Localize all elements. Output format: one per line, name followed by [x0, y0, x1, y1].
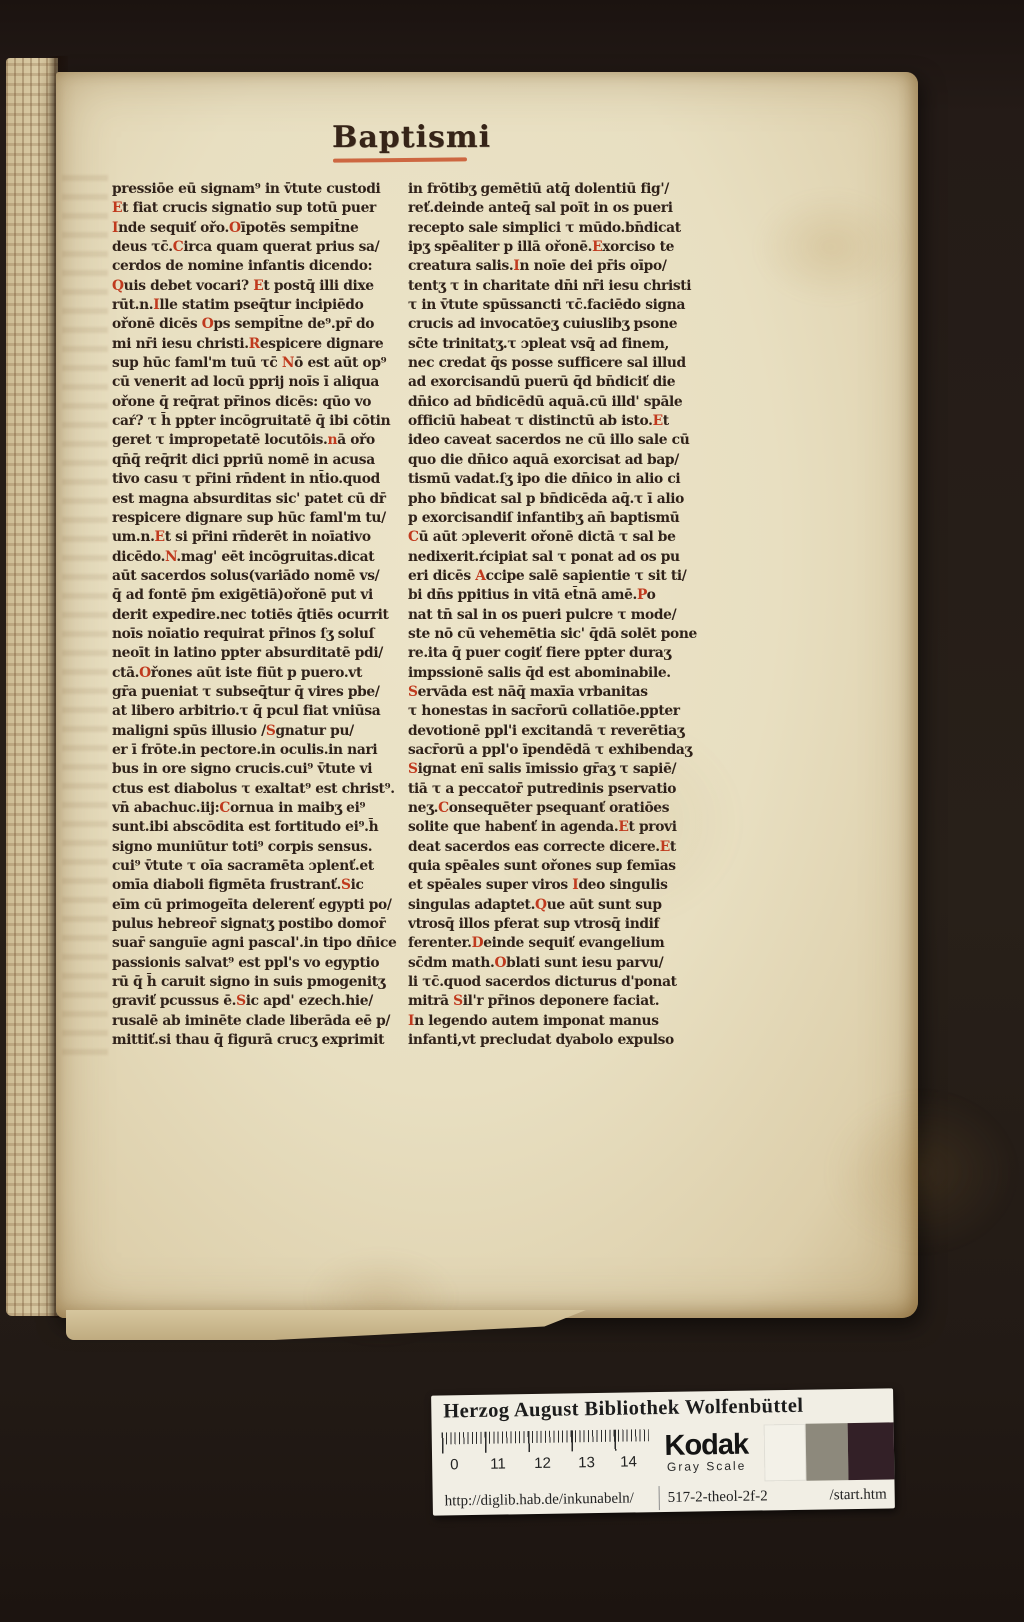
- text-run: .mag' eēt incōgruitas.dicat: [176, 549, 374, 565]
- text-run: nat tn̄ sal in os pueri pulcre τ mode/: [408, 607, 676, 623]
- page-header-title: Baptismi: [332, 120, 491, 155]
- text-line: et spēales super viros Ideo singulis: [408, 876, 704, 895]
- text-run: bi dn̄s ppitius in vitā et̄nā amē.: [408, 587, 637, 603]
- text-run: ořone q̄ req̄rat pr̄inos dicēs: qūo vo: [112, 394, 371, 410]
- text-line: ad exorcisandū puerū q̄d bn̄diciť die: [408, 373, 704, 392]
- text-run: at libero arbitrio.τ q̄ pcul fiat vniūsa: [112, 703, 380, 719]
- text-line: passionis salvat⁹ est ppl's vo egyptio: [112, 954, 408, 973]
- text-line: tiā τ a peccator̄ putredinis pservatio: [408, 780, 704, 799]
- text-run: tivo casu τ pr̄ini rn̄dent in nt̄io.quod: [112, 471, 380, 487]
- kodak-label: Herzog August Bibliothek Wolfenbüttel 01…: [431, 1388, 895, 1515]
- text-line: τ in v̄tute spūssancti τc̄.faciēdo signa: [408, 296, 704, 315]
- text-run: ferenter.: [408, 935, 472, 951]
- text-line: ipʒ spēaliter p illā ořonē.Exorciso te: [408, 238, 704, 257]
- rubricated-initial: O: [139, 665, 151, 681]
- text-line: qn̄q̄ req̄rit dici ppriū nomē in acusa: [112, 451, 408, 470]
- text-line: maligni spūs illusio /Sgnatur pu/: [112, 722, 408, 741]
- text-run: tismū vadat.ſʒ ipo die dn̄ico in alio ci: [408, 471, 680, 487]
- text-run: reť.deinde anteq̄ sal poīt in os pueri: [408, 200, 673, 216]
- text-line: eīm cū primogeīta delerenť egypti po/: [112, 896, 408, 915]
- rubricated-initial: E: [618, 819, 628, 835]
- text-line: at libero arbitrio.τ q̄ pcul fiat vniūsa: [112, 702, 408, 721]
- text-line: mittiť.si thau q̄ figurā crucʒ exprimit: [112, 1031, 408, 1050]
- text-run: bus in ore signo crucis.cui⁹ v̄tute vi: [112, 761, 372, 777]
- text-line: nat tn̄ sal in os pueri pulcre τ mode/: [408, 606, 704, 625]
- text-line: pho bn̄dicat sal p bn̄dicēda aq̄.τ ī ali…: [408, 490, 704, 509]
- text-run: onsequēter psequanť oratiōes: [449, 800, 669, 816]
- text-run: īpotēs sempit̄ne: [241, 220, 359, 236]
- text-line: ste nō cū vehemētia sic' q̄dā solēt pone: [408, 625, 704, 644]
- text-run: quia spēales sunt ořones sup femīas: [408, 858, 676, 874]
- text-line: sc̄te trinitatʒ.τ ɔpleat vsq̄ ad finem,: [408, 335, 704, 354]
- text-run: li τc̄.quod sacerdos dicturus d'ponat: [408, 974, 677, 990]
- text-column-right: in frōtibʒ gemētiū atq̄ dolentiū fig'/re…: [408, 180, 704, 1050]
- text-run: sacr̄orū a ppl'o īpendēdā τ exhibendaʒ: [408, 742, 692, 758]
- text-run: einde sequiť evangelium: [483, 935, 664, 951]
- text-run: ideo caveat sacerdos ne cū illo sale cū: [408, 432, 689, 448]
- text-line: In legendo autem imponat manus: [408, 1012, 704, 1031]
- text-line: respicere dignare sup hūc faml'm tu/: [112, 509, 408, 528]
- text-run: um.n.: [112, 529, 155, 545]
- text-line: cui⁹ v̄tute τ oīa sacramēta ɔplenť.et: [112, 857, 408, 876]
- ruler-number: 13: [578, 1454, 595, 1471]
- label-middle-row: 011121314 Kodak Gray Scale: [432, 1425, 895, 1486]
- text-run: t si pr̄ini rn̄derēt in noīativo: [165, 529, 371, 545]
- text-line: re.ita q̄ puer cogiť fiere ppter duraʒ: [408, 644, 704, 663]
- text-run: ue aūt sunt sup: [547, 897, 662, 913]
- text-line: cū venerit ad locū pprij noīs ī aliqua: [112, 373, 408, 392]
- text-run: aūt sacerdos solus(variādo nomē vs/: [112, 568, 379, 584]
- scan-photo: Baptismi pressiōe eū signam⁹ in v̄tute c…: [0, 0, 1024, 1622]
- text-line: suar̄ sanguīe agni pascal'.in tipo dn̄ic…: [112, 934, 408, 953]
- text-run: n noīe dei pr̄is oīpo/: [519, 258, 666, 274]
- text-run: sunt.ibi abscōdita est fortitudo ei⁹.h̄: [112, 819, 378, 835]
- text-run: eri dicēs: [408, 568, 475, 584]
- text-run: ořonē dicēs: [112, 316, 202, 332]
- text-line: tismū vadat.ſʒ ipo die dn̄ico in alio ci: [408, 470, 704, 489]
- text-run: xorciso te: [602, 239, 674, 255]
- text-run: re.ita q̄ puer cogiť fiere ppter duraʒ: [408, 645, 671, 661]
- rubricated-initial: E: [253, 278, 263, 294]
- text-run: qn̄q̄ req̄rit dici ppriū nomē in acusa: [112, 452, 375, 468]
- text-run: noīs noīatio requirat pr̄inos ſʒ soluſ: [112, 626, 374, 642]
- text-run: ornua in maibʒ ei⁹: [230, 800, 365, 816]
- text-run: ō est aūt op⁹: [294, 355, 386, 371]
- text-line: ferenter.Deinde sequiť evangelium: [408, 934, 704, 953]
- text-run: ū aūt ɔpleverit ořonē dictā τ sal be: [419, 529, 676, 545]
- text-run: n legendo autem imponat manus: [414, 1013, 659, 1029]
- text-run: q̄ ad fontē p̄m exigētiā)ořonē put vi: [112, 587, 373, 603]
- text-run: ic apd' ezech.hie/: [246, 993, 373, 1009]
- text-run: nedixerit.ŕcipiat sal τ ponat ad os pu: [408, 549, 680, 565]
- text-line: neʒ.Consequēter psequanť oratiōes: [408, 799, 704, 818]
- paper-stain: [826, 1092, 1016, 1252]
- rubricated-initial: O: [229, 220, 241, 236]
- text-line: officiū habeat τ distinctū ab isto.Et: [408, 412, 704, 431]
- text-line: solite que habenť in agenda.Et provi: [408, 818, 704, 837]
- text-line: Servāda est nāq̄ maxīa vrbanitas: [408, 683, 704, 702]
- text-run: t provi: [629, 819, 677, 835]
- text-run: deo singulis: [578, 877, 667, 893]
- paper-stain: [756, 192, 906, 302]
- text-run: officiū habeat τ distinctū ab isto.: [408, 413, 653, 429]
- rubricated-initial: E: [592, 239, 602, 255]
- text-run: nde sequiť ořo.: [118, 220, 229, 236]
- text-run: lle statim pseq̄tur incipiēdo: [159, 297, 363, 313]
- text-line: dn̄ico ad bn̄dicēdū aquā.cū illd' spāle: [408, 393, 704, 412]
- text-run: recepto sale simplici τ mūdo.bn̄dicat: [408, 220, 681, 236]
- ruler-number: 0: [450, 1456, 459, 1473]
- ruler-number: 14: [620, 1453, 637, 1470]
- rubricated-initial: E: [112, 200, 122, 216]
- text-run: eīm cū primogeīta delerenť egypti po/: [112, 897, 392, 913]
- text-line: rusalē ab iminēte clade liberāda eē p/: [112, 1012, 408, 1031]
- ink-bleedthrough: [62, 175, 108, 1055]
- text-line: devotionē ppl'i excitandā τ reverētiaʒ: [408, 722, 704, 741]
- text-run: ste nō cū vehemētia sic' q̄dā solēt pone: [408, 626, 697, 642]
- rubricated-initial: O: [494, 955, 506, 971]
- text-run: crucis ad invocatōeʒ cuiuslibʒ psone: [408, 316, 677, 332]
- text-run: cui⁹ v̄tute τ oīa sacramēta ɔplenť.et: [112, 858, 374, 874]
- gray-scale-patches: [764, 1422, 895, 1481]
- text-line: quia spēales sunt ořones sup femīas: [408, 857, 704, 876]
- text-line: ctā.Ořones aūt iste fiūt p puero.vt: [112, 664, 408, 683]
- kodak-wordmark: Kodak: [649, 1429, 765, 1461]
- text-run: caŕ? τ h̄ ppter incōgruitatē q̄ ibi cōti…: [112, 413, 390, 429]
- text-run: respicere dignare sup hūc faml'm tu/: [112, 510, 386, 526]
- text-line: recepto sale simplici τ mūdo.bn̄dicat: [408, 219, 704, 238]
- text-run: ps sempit̄ne de⁹.pr̄ do: [213, 316, 374, 332]
- text-run: ctus est diabolus τ exaltat⁹ est christ⁹…: [112, 781, 395, 797]
- text-run: in frōtibʒ gemētiū atq̄ dolentiū fig'/: [408, 181, 669, 197]
- text-run: mi nr̄i iesu christi.: [112, 336, 249, 352]
- text-line: pulus hebreor̄ signatʒ postibo domor̄: [112, 915, 408, 934]
- text-run: rū q̄ h̄ caruit signo in suis pmogenitʒ: [112, 974, 385, 990]
- text-run: t: [670, 839, 676, 855]
- text-line: rūt.n.Ille statim pseq̄tur incipiēdo: [112, 296, 408, 315]
- text-line: tivo casu τ pr̄ini rn̄dent in nt̄io.quod: [112, 470, 408, 489]
- text-run: ipʒ spēaliter p illā ořonē.: [408, 239, 592, 255]
- text-run: dn̄ico ad bn̄dicēdū aquā.cū illd' spāle: [408, 394, 682, 410]
- text-run: vtrosq̄ illos pferat sup vtrosq̄ indif: [408, 916, 659, 932]
- text-line: ořonē dicēs Ops sempit̄ne de⁹.pr̄ do: [112, 315, 408, 334]
- text-run: quo die dn̄ico aquā exorcisat ad bap/: [408, 452, 679, 468]
- digitization-url: http://diglib.hab.de/inkunabeln/: [433, 1490, 659, 1511]
- text-line: est magna absurditas sic' patet cū dr̄: [112, 490, 408, 509]
- text-run: impssionē salis q̄d est abominabile.: [408, 665, 671, 681]
- text-line: vtrosq̄ illos pferat sup vtrosq̄ indif: [408, 915, 704, 934]
- text-line: gr̄a pueniat τ subseq̄tur q̄ vires pbe/: [112, 683, 408, 702]
- rubricated-initial: Q: [112, 278, 124, 294]
- text-run: p exorcisandiſ infantibʒ an̄ baptismū: [408, 510, 679, 526]
- text-run: pulus hebreor̄ signatʒ postibo domor̄: [112, 916, 386, 932]
- text-line: crucis ad invocatōeʒ cuiuslibʒ psone: [408, 315, 704, 334]
- text-line: mitrā Sil'r pr̄inos deponere faciat.: [408, 992, 704, 1011]
- text-run: maligni spūs illusio /: [112, 723, 266, 739]
- text-run: mittiť.si thau q̄ figurā crucʒ exprimit: [112, 1032, 384, 1048]
- text-line: sacr̄orū a ppl'o īpendēdā τ exhibendaʒ: [408, 741, 704, 760]
- gray-patch-mid: [806, 1423, 849, 1481]
- text-line: rū q̄ h̄ caruit signo in suis pmogenitʒ: [112, 973, 408, 992]
- shelfmark: 517-2-theol-2f-2: [659, 1484, 806, 1510]
- text-run: ccipe salē sapientie τ sit ti/: [486, 568, 687, 584]
- text-run: suar̄ sanguīe agni pascal'.in tipo dn̄ic…: [112, 935, 396, 951]
- text-line: creatura salis.In noīe dei pr̄is oīpo/: [408, 257, 704, 276]
- text-line: eri dicēs Accipe salē sapientie τ sit ti…: [408, 567, 704, 586]
- text-line: um.n.Et si pr̄ini rn̄derēt in noīativo: [112, 528, 408, 547]
- start-file: /start.htm: [806, 1486, 895, 1504]
- text-run: tiā τ a peccator̄ putredinis pservatio: [408, 781, 676, 797]
- text-line: nec credat q̄s posse sufficere sal illud: [408, 354, 704, 373]
- text-line: deus τc̄.Circa quam querat prius sa/: [112, 238, 408, 257]
- text-run: ervāda est nāq̄ maxīa vrbanitas: [418, 684, 648, 700]
- rubricated-initial: N: [165, 549, 176, 565]
- rubricated-initial: S: [341, 877, 351, 893]
- text-run: est magna absurditas sic' patet cū dr̄: [112, 491, 386, 507]
- text-line: Et fiat crucis signatio sup totū puer: [112, 199, 408, 218]
- text-line: τ honestas in sacr̄orū collatiōe.ppter: [408, 702, 704, 721]
- text-run: irca quam querat prius sa/: [183, 239, 379, 255]
- rubricated-initial: E: [653, 413, 663, 429]
- text-run: τ in v̄tute spūssancti τc̄.faciēdo signa: [408, 297, 685, 313]
- rubricated-initial: C: [408, 529, 419, 545]
- text-line: aūt sacerdos solus(variādo nomē vs/: [112, 567, 408, 586]
- rubricated-initial: C: [219, 800, 230, 816]
- rubricated-initial: S: [266, 723, 276, 739]
- text-line: sunt.ibi abscōdita est fortitudo ei⁹.h̄: [112, 818, 408, 837]
- gray-patch-white: [764, 1424, 807, 1482]
- text-line: pressiōe eū signam⁹ in v̄tute custodi: [112, 180, 408, 199]
- rubricated-initial: P: [637, 587, 647, 603]
- text-run: espicere dignare: [260, 336, 383, 352]
- text-line: bus in ore signo crucis.cui⁹ v̄tute vi: [112, 760, 408, 779]
- text-run: rūt.n.: [112, 297, 153, 313]
- ruler-number: 11: [490, 1455, 506, 1472]
- text-line: quo die dn̄ico aquā exorcisat ad bap/: [408, 451, 704, 470]
- text-run: t fiat crucis signatio sup totū puer: [122, 200, 376, 216]
- text-run: blati sunt iesu parvu/: [506, 955, 663, 971]
- text-run: mitrā: [408, 993, 453, 1009]
- text-run: deat sacerdos eas correcte dicere.: [408, 839, 660, 855]
- rubricated-initial: E: [155, 529, 165, 545]
- page-edges-bottom: [66, 1310, 586, 1340]
- rubricated-initial: n: [328, 432, 338, 448]
- text-run: ctā.: [112, 665, 139, 681]
- text-line: impssionē salis q̄d est abominabile.: [408, 664, 704, 683]
- text-line: omīa diaboli figmēta frustranť.Sic: [112, 876, 408, 895]
- text-run: deus τc̄.: [112, 239, 173, 255]
- rubricated-initial: D: [472, 935, 484, 951]
- text-run: passionis salvat⁹ est ppl's vo egyptio: [112, 955, 379, 971]
- text-run: sc̄te trinitatʒ.τ ɔpleat vsq̄ ad finem,: [408, 336, 669, 352]
- text-run: gnatur pu/: [276, 723, 354, 739]
- text-column-left: pressiōe eū signam⁹ in v̄tute custodiEt …: [112, 180, 408, 1050]
- text-run: er ī frōte.in pectore.in oculis.in nari: [112, 742, 377, 758]
- text-run: ignat enī salis īmissio gr̄aʒ τ sapiē/: [418, 761, 677, 777]
- rubricated-initial: Q: [535, 897, 547, 913]
- ruler: 011121314: [442, 1429, 650, 1486]
- text-line: p exorcisandiſ infantibʒ an̄ baptismū: [408, 509, 704, 528]
- text-run: t: [663, 413, 669, 429]
- text-line: q̄ ad fontē p̄m exigētiā)ořonē put vi: [112, 586, 408, 605]
- rubricated-initial: C: [173, 239, 184, 255]
- text-run: t postq̄ illi dixe: [263, 278, 373, 294]
- rubricated-initial: A: [475, 568, 485, 584]
- text-line: ořone q̄ req̄rat pr̄inos dicēs: qūo vo: [112, 393, 408, 412]
- text-line: signo muniūtur toti⁹ corpis sensus.: [112, 838, 408, 857]
- text-line: dicēdo.N.mag' eēt incōgruitas.dicat: [112, 548, 408, 567]
- text-line: cerdos de nomine infantis dicendo:: [112, 257, 408, 276]
- rubricated-initial: E: [660, 839, 670, 855]
- text-run: tentʒ τ in charitate dn̄i nr̄i iesu chri…: [408, 278, 691, 294]
- text-line: in frōtibʒ gemētiū atq̄ dolentiū fig'/: [408, 180, 704, 199]
- text-line: neoīt in latino ppter absurditatē pdi/: [112, 644, 408, 663]
- rubricated-initial: C: [438, 800, 449, 816]
- text-line: Signat enī salis īmissio gr̄aʒ τ sapiē/: [408, 760, 704, 779]
- text-run: rusalē ab iminēte clade liberāda eē p/: [112, 1013, 390, 1029]
- text-run: ad exorcisandū puerū q̄d bn̄diciť die: [408, 374, 675, 390]
- text-line: mi nr̄i iesu christi.Respicere dignare: [112, 335, 408, 354]
- rubricated-initial: N: [282, 355, 294, 371]
- text-run: uis debet vocari?: [124, 278, 254, 294]
- text-run: sc̄dm math.: [408, 955, 494, 971]
- text-line: Quis debet vocari? Et postq̄ illi dixe: [112, 277, 408, 296]
- text-run: et spēales super viros: [408, 877, 572, 893]
- text-line: ideo caveat sacerdos ne cū illo sale cū: [408, 431, 704, 450]
- text-line: tentʒ τ in charitate dn̄i nr̄i iesu chri…: [408, 277, 704, 296]
- text-run: o: [647, 587, 656, 603]
- text-line: li τc̄.quod sacerdos dicturus d'ponat: [408, 973, 704, 992]
- text-line: sc̄dm math.Oblati sunt iesu parvu/: [408, 954, 704, 973]
- rubricated-initial: S: [236, 993, 246, 1009]
- text-run: τ honestas in sacr̄orū collatiōe.ppter: [408, 703, 680, 719]
- rubricated-initial: O: [202, 316, 214, 332]
- ruler-number: 12: [534, 1455, 551, 1472]
- text-run: cerdos de nomine infantis dicendo:: [112, 258, 372, 274]
- text-run: infanti,vt precludat dyabolo expulso: [408, 1032, 674, 1048]
- gray-scale-caption: Gray Scale: [649, 1458, 764, 1474]
- text-run: devotionē ppl'i excitandā τ reverētiaʒ: [408, 723, 684, 739]
- text-run: il'r pr̄inos deponere faciat.: [463, 993, 660, 1009]
- text-line: reť.deinde anteq̄ sal poīt in os pueri: [408, 199, 704, 218]
- text-run: nec credat q̄s posse sufficere sal illud: [408, 355, 686, 371]
- text-run: ic: [351, 877, 364, 893]
- gray-patch-dark: [848, 1422, 895, 1480]
- rubricated-initial: S: [408, 684, 418, 700]
- text-line: deat sacerdos eas correcte dicere.Et: [408, 838, 704, 857]
- rubricated-initial: S: [453, 993, 463, 1009]
- text-line: graviť pcussus ē.Sic apd' ezech.hie/: [112, 992, 408, 1011]
- text-line: ctus est diabolus τ exaltat⁹ est christ⁹…: [112, 780, 408, 799]
- text-line: Inde sequiť ořo.Oīpotēs sempit̄ne: [112, 219, 408, 238]
- rubricated-initial: R: [249, 336, 260, 352]
- text-run: neʒ.: [408, 800, 438, 816]
- text-run: singulas adaptet.: [408, 897, 535, 913]
- text-run: neoīt in latino ppter absurditatē pdi/: [112, 645, 383, 661]
- text-line: singulas adaptet.Que aūt sunt sup: [408, 896, 704, 915]
- text-run: ā ořo: [337, 432, 375, 448]
- text-run: graviť pcussus ē.: [112, 993, 236, 1009]
- text-line: noīs noīatio requirat pr̄inos ſʒ soluſ: [112, 625, 408, 644]
- text-run: pressiōe eū signam⁹ in v̄tute custodi: [112, 181, 380, 197]
- text-line: Cū aūt ɔpleverit ořonē dictā τ sal be: [408, 528, 704, 547]
- text-line: er ī frōte.in pectore.in oculis.in nari: [112, 741, 408, 760]
- text-line: vn̄ abachuc.iij:Cornua in maibʒ ei⁹: [112, 799, 408, 818]
- text-run: creatura salis.: [408, 258, 513, 274]
- text-run: derit expedire.nec totiēs q̄tiēs ocurrit: [112, 607, 389, 623]
- text-line: caŕ? τ h̄ ppter incōgruitatē q̄ ibi cōti…: [112, 412, 408, 431]
- text-run: geret τ impropetatē locutōis.: [112, 432, 328, 448]
- text-line: sup hūc faml'm tuū τc̄ Nō est aūt op⁹: [112, 354, 408, 373]
- text-run: dicēdo.: [112, 549, 165, 565]
- text-run: gr̄a pueniat τ subseq̄tur q̄ vires pbe/: [112, 684, 380, 700]
- text-run: omīa diaboli figmēta frustranť.: [112, 877, 341, 893]
- text-run: sup hūc faml'm tuū τc̄: [112, 355, 282, 371]
- rubricated-initial: S: [408, 761, 418, 777]
- text-line: derit expedire.nec totiēs q̄tiēs ocurrit: [112, 606, 408, 625]
- text-run: signo muniūtur toti⁹ corpis sensus.: [112, 839, 372, 855]
- text-run: vn̄ abachuc.iij:: [112, 800, 219, 816]
- text-run: řones aūt iste fiūt p puero.vt: [151, 665, 362, 681]
- text-line: bi dn̄s ppitius in vitā et̄nā amē.Po: [408, 586, 704, 605]
- text-run: pho bn̄dicat sal p bn̄dicēda aq̄.τ ī ali…: [408, 491, 684, 507]
- ruler-numbers: 011121314: [442, 1453, 649, 1476]
- text-line: infanti,vt precludat dyabolo expulso: [408, 1031, 704, 1050]
- kodak-wordmark-block: Kodak Gray Scale: [649, 1429, 765, 1474]
- text-run: cū venerit ad locū pprij noīs ī aliqua: [112, 374, 379, 390]
- text-line: geret τ impropetatē locutōis.nā ořo: [112, 431, 408, 450]
- text-run: solite que habenť in agenda.: [408, 819, 618, 835]
- text-line: nedixerit.ŕcipiat sal τ ponat ad os pu: [408, 548, 704, 567]
